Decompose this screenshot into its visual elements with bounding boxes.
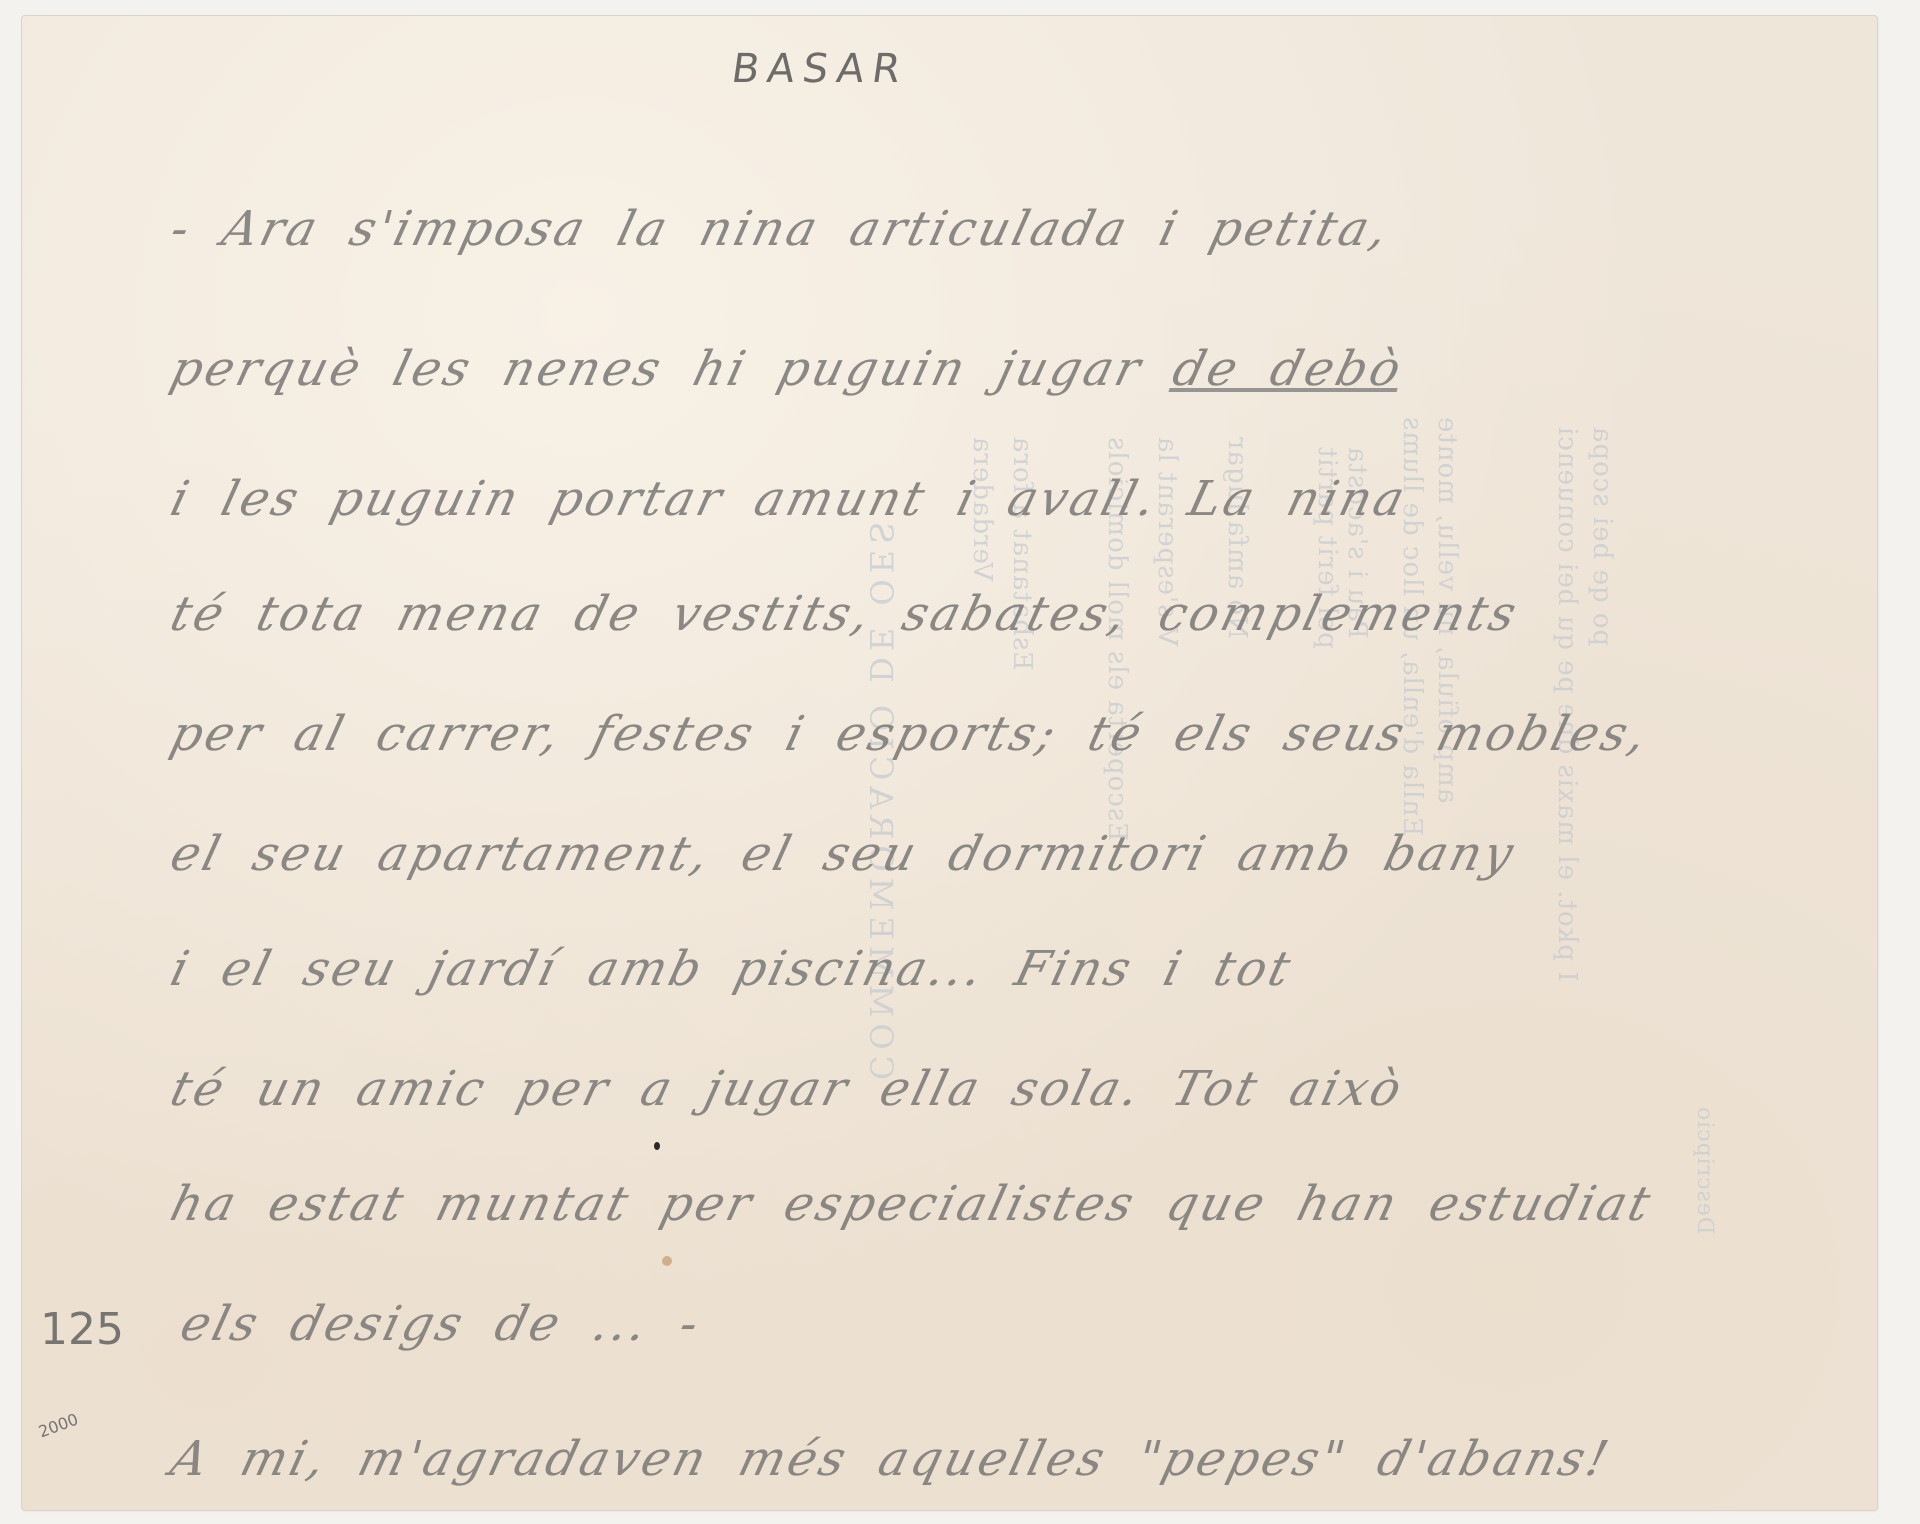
text-line-4: té tota mena de vestits, sabates, comple…: [165, 586, 1525, 642]
show-through-text: po qe bei scopa: [1587, 426, 1617, 646]
text-line-6: el seu apartament, el seu dormitori amb …: [165, 826, 1522, 882]
text-line-5: per al carrer, festes i esports; té els …: [165, 706, 1655, 762]
stain-speck: [662, 1256, 672, 1266]
text-line-1: - Ara s'imposa la nina articulada i peti…: [165, 201, 1396, 257]
small-margin-note: 2000: [36, 1410, 81, 1442]
text-line-2: perquè les nenes hi puguin jugar de debò: [165, 341, 1409, 397]
text-line-9: ha estat muntat per especialistes que ha…: [165, 1176, 1659, 1232]
text-line-2-main: perquè les nenes hi puguin jugar: [165, 341, 1149, 397]
page-number-note: 125: [40, 1304, 124, 1355]
document-page: po qe bei scopa I pkot. el maxis dne pe …: [22, 16, 1877, 1510]
ink-speck: [654, 1142, 660, 1150]
text-line-10: els desigs de ... -: [175, 1296, 707, 1352]
document-heading: BASAR: [729, 46, 912, 92]
text-line-3: i les puguin portar amunt i avall. La ni…: [165, 471, 1413, 527]
show-through-text: I pkot. el maxis dne pe qu bei conuenci: [1552, 426, 1582, 982]
show-through-text: Descripcio: [1692, 1106, 1717, 1235]
text-line-11: A mi, m'agradaven més aquelles "pepes" d…: [165, 1431, 1616, 1487]
text-line-8: té un amic per a jugar ella sola. Tot ai…: [165, 1061, 1410, 1117]
text-line-7: i el seu jardí amb piscina... Fins i tot: [165, 941, 1299, 997]
underlined-phrase: de debò: [1167, 341, 1409, 397]
